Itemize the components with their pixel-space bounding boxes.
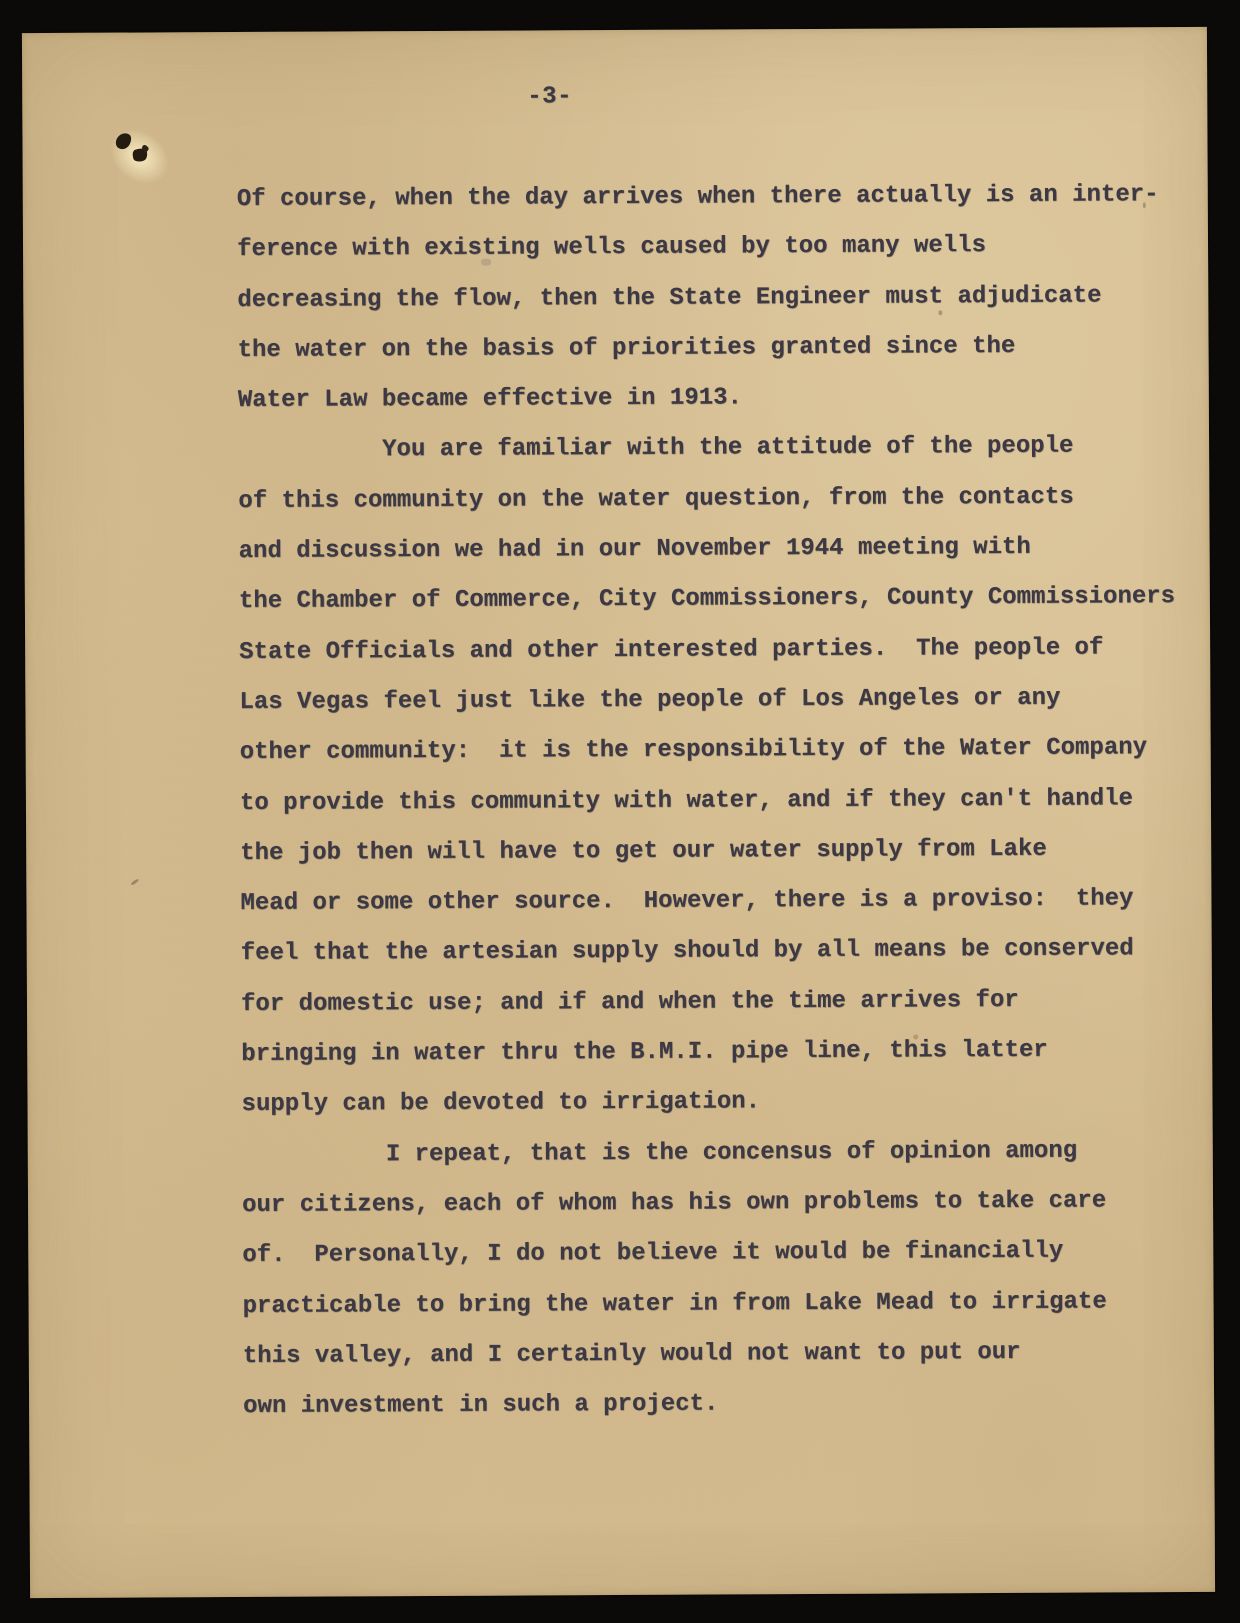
page-number: -3- — [527, 82, 572, 112]
text-line: practicable to bring the water in from L… — [242, 1276, 1210, 1331]
text-line: this valley, and I certainly would not w… — [243, 1327, 1211, 1382]
paper-speck — [913, 1034, 918, 1039]
paragraph: You are familiar with the attitude of th… — [238, 421, 1210, 1130]
text-line: ference with existing wells caused by to… — [237, 220, 1205, 275]
text-line: own investment in such a project. — [243, 1377, 1211, 1432]
text-line: I repeat, that is the concensus of opini… — [242, 1126, 1210, 1181]
paper-speck — [938, 310, 942, 315]
paragraph: I repeat, that is the concensus of opini… — [242, 1126, 1212, 1433]
text-line: You are familiar with the attitude of th… — [238, 421, 1206, 476]
text-line: feel that the artesian supply should by … — [241, 924, 1209, 979]
text-line: other community: it is the responsibilit… — [240, 723, 1208, 778]
ink-blot-artifact — [108, 126, 186, 198]
paper-speck — [481, 259, 491, 266]
text-line: the Chamber of Commerce, City Commission… — [239, 572, 1207, 627]
text-line: Of course, when the day arrives when the… — [237, 170, 1205, 225]
text-line: the water on the basis of priorities gra… — [237, 321, 1205, 376]
text-line: our citizens, each of whom has his own p… — [242, 1176, 1210, 1231]
text-line: Water Law became effective in 1913. — [238, 371, 1206, 426]
text-line: of this community on the water question,… — [238, 472, 1206, 527]
text-line: to provide this community with water, an… — [240, 773, 1208, 828]
text-line: Las Vegas feel just like the people of L… — [239, 673, 1207, 728]
text-line: for domestic use; and if and when the ti… — [241, 975, 1209, 1030]
paper-speck — [693, 1043, 697, 1047]
text-line: decreasing the flow, then the State Engi… — [237, 271, 1205, 326]
text-line: of. Personally, I do not believe it woul… — [242, 1226, 1210, 1281]
text-line: Mead or some other source. However, ther… — [240, 874, 1208, 929]
text-line: and discussion we had in our November 19… — [239, 522, 1207, 577]
paragraph: Of course, when the day arrives when the… — [237, 170, 1206, 427]
text-line: State Officials and other interested par… — [239, 623, 1207, 678]
text-line: the job then will have to get our water … — [240, 824, 1208, 879]
text-line: bringing in water thru the B.M.I. pipe l… — [241, 1025, 1209, 1080]
document-body: Of course, when the day arrives when the… — [237, 170, 1212, 1432]
text-line: supply can be devoted to irrigation. — [241, 1075, 1209, 1130]
paper-speck — [1143, 202, 1146, 208]
document-page: -3- Of course, when the day arrives when… — [22, 27, 1215, 1598]
paper-speck — [130, 878, 139, 886]
